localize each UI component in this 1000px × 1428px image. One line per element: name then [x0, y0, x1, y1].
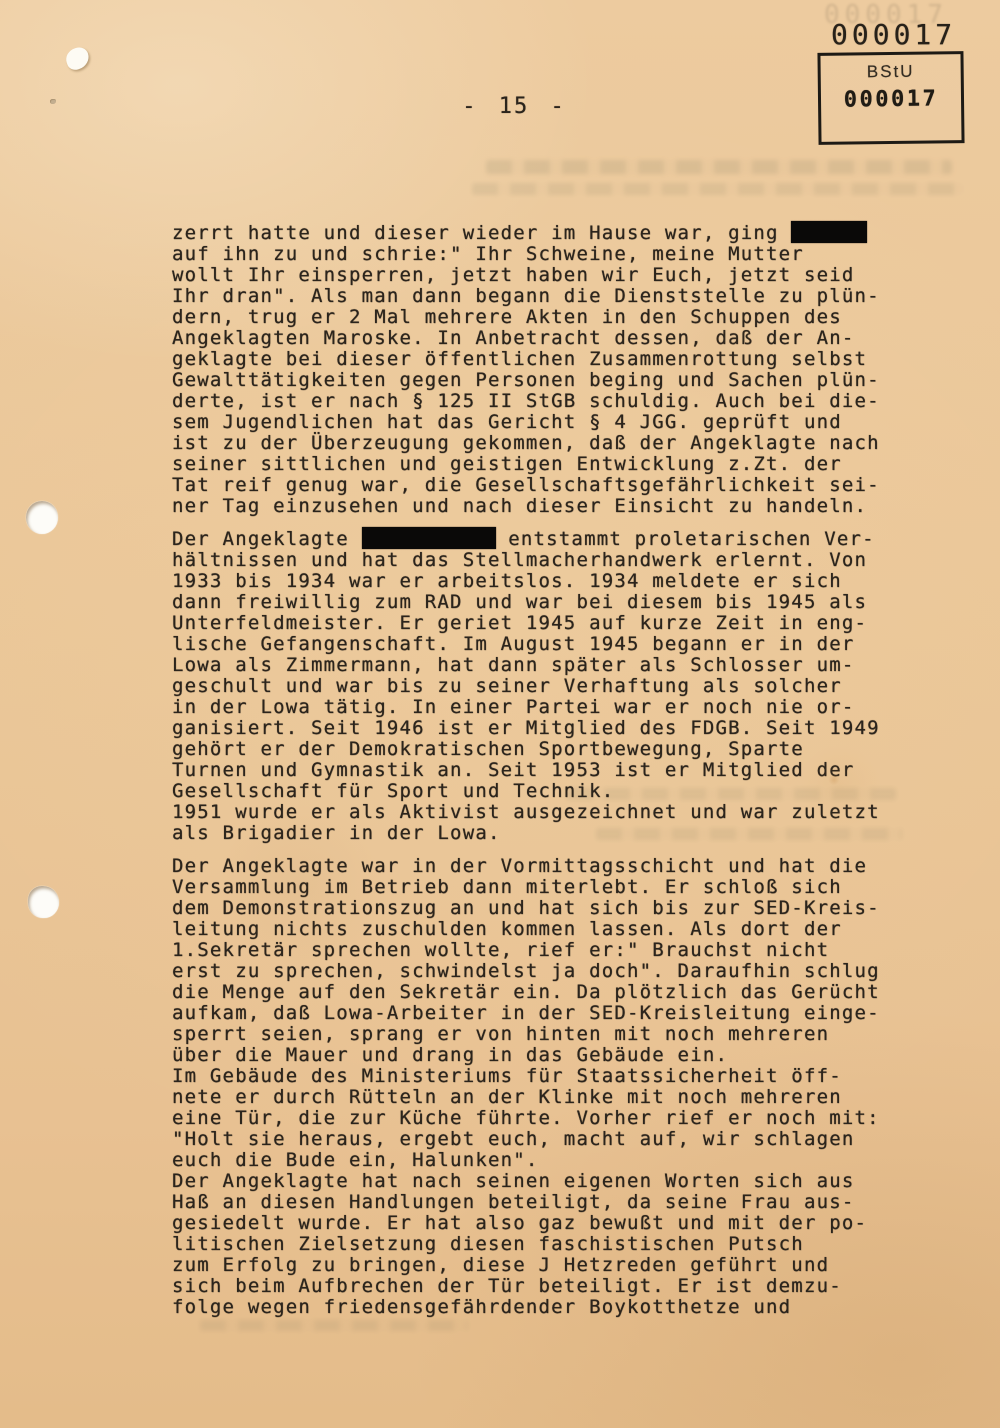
text-line: als Brigadier in der Lowa. — [172, 823, 912, 844]
text-line: seiner sittlichen und geistigen Entwickl… — [172, 454, 912, 475]
text-line: ner Tag einzusehen und nach dieser Einsi… — [172, 496, 912, 517]
text-line: Tat reif genug war, die Gesellschaftsgef… — [172, 475, 912, 496]
text-line: über die Mauer und drang in das Gebäude … — [172, 1045, 912, 1066]
page-number: - 15 - — [14, 94, 1000, 119]
text-line: Lowa als Zimmermann, hat dann später als… — [172, 655, 912, 676]
redaction-bar — [791, 221, 867, 243]
text-line: Der Angeklagte entstammt proletarischen … — [172, 529, 912, 550]
text-line: geklagte bei dieser öffentlichen Zusamme… — [172, 349, 912, 370]
hole-punch-bottom — [28, 886, 59, 918]
text-line: litischen Zielsetzung diesen faschistisc… — [172, 1234, 912, 1255]
text-line: in der Lowa tätig. In einer Partei war e… — [172, 697, 912, 718]
text-line: leitung nichts zuschulden kommen lassen.… — [172, 919, 912, 940]
stamp-agency-label: BStU — [821, 61, 961, 83]
text-line: zum Erfolg zu bringen, diese J Hetzreden… — [172, 1255, 912, 1276]
text-line: ganisiert. Seit 1946 ist er Mitglied des… — [172, 718, 912, 739]
text-line: euch die Bude ein, Halunken". — [172, 1150, 912, 1171]
text-line: erst zu sprechen, schwindelst ja doch". … — [172, 961, 912, 982]
text-line: 1951 wurde er als Aktivist ausgezeichnet… — [172, 802, 912, 823]
text-line: Gewalttätigkeiten gegen Personen beging … — [172, 370, 912, 391]
text-line: eine Tür, die zur Küche führte. Vorher r… — [172, 1108, 912, 1129]
text-line: geschult und war bis zu seiner Verhaftun… — [172, 676, 912, 697]
text-line: "Holt sie heraus, ergebt euch, macht auf… — [172, 1129, 912, 1150]
text-line: dem Demonstrationszug an und hat sich bi… — [172, 898, 912, 919]
text-line: auf ihn zu und schrie:" Ihr Schweine, me… — [172, 244, 912, 265]
text-line: Der Angeklagte war in der Vormittagsschi… — [172, 856, 912, 877]
text-line: Turnen und Gymnastik an. Seit 1953 ist e… — [172, 760, 912, 781]
text-line: Gesellschaft für Sport und Technik. — [172, 781, 912, 802]
text-line: hältnissen und hat das Stellmacherhandwe… — [172, 550, 912, 571]
paragraph: Der Angeklagte war in der Vormittagsschi… — [172, 856, 912, 1318]
text-line: sem Jugendlichen hat das Gericht § 4 JGG… — [172, 412, 912, 433]
text-line: 1.Sekretär sprechen wollte, rief er:" Br… — [172, 940, 912, 961]
text-line: Versammlung im Betrieb dann miterlebt. E… — [172, 877, 912, 898]
text-line: aufkam, daß Lowa-Arbeiter in der SED-Kre… — [172, 1003, 912, 1024]
text-line: dern, trug er 2 Mal mehrere Akten in den… — [172, 307, 912, 328]
hole-punch-top — [26, 501, 58, 534]
text-line: Im Gebäude des Ministeriums für Staatssi… — [172, 1066, 912, 1087]
paragraph: Der Angeklagte entstammt proletarischen … — [172, 529, 912, 844]
text-line: Angeklagten Maroske. In Anbetracht desse… — [172, 328, 912, 349]
typed-serial-number: 000017 — [831, 18, 956, 51]
text-line: sich beim Aufbrechen der Tür beteiligt. … — [172, 1276, 912, 1297]
text-line: dann freiwillig zum RAD und war bei dies… — [172, 592, 912, 613]
text-line: gehört er der Demokratischen Sportbewegu… — [172, 739, 912, 760]
document-page: 000017 000017 BStU 000017 - 15 - zerrt h… — [0, 0, 1000, 1428]
text-line: derte, ist er nach § 125 II StGB schuldi… — [172, 391, 912, 412]
text-line: sperrt seien, sprang er von hinten mit n… — [172, 1024, 912, 1045]
text-line: wollt Ihr einsperren, jetzt haben wir Eu… — [172, 265, 912, 286]
redaction-bar — [362, 527, 496, 549]
text-line: zerrt hatte und dieser wieder im Hause w… — [172, 223, 912, 244]
text-line: Unterfeldmeister. Er geriet 1945 auf kur… — [172, 613, 912, 634]
ink-bleed-through — [472, 183, 964, 195]
text-line: 1933 bis 1934 war er arbeitslos. 1934 me… — [172, 571, 912, 592]
text-line: lische Gefangenschaft. Im August 1945 be… — [172, 634, 912, 655]
text-line: Der Angeklagte hat nach seinen eigenen W… — [172, 1171, 912, 1192]
paper-tear-spot — [63, 45, 91, 72]
text-line: ist zu der Überzeugung gekommen, daß der… — [172, 433, 912, 454]
text-line: Ihr dran". Als man dann begann die Diens… — [172, 286, 912, 307]
body-text: zerrt hatte und dieser wieder im Hause w… — [172, 223, 912, 1330]
text-line: nete er durch Rütteln an der Klinke mit … — [172, 1087, 912, 1108]
text-line: folge wegen friedensgefährdender Boykott… — [172, 1297, 912, 1318]
ink-bleed-through — [486, 160, 952, 174]
paragraph: zerrt hatte und dieser wieder im Hause w… — [172, 223, 912, 517]
text-line: Haß an diesen Handlungen beteiligt, da s… — [172, 1192, 912, 1213]
text-line: gesiedelt wurde. Er hat also gaz bewußt … — [172, 1213, 912, 1234]
text-line: die Menge auf den Sekretär ein. Da plötz… — [172, 982, 912, 1003]
